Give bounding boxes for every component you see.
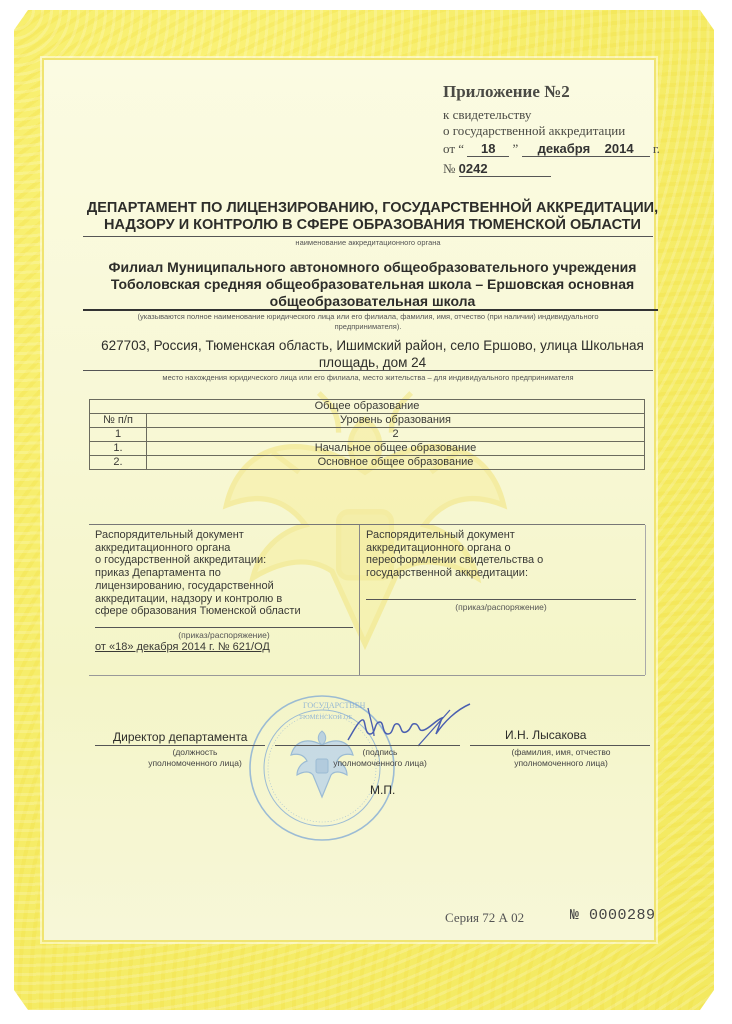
appendix-title: Приложение №2 <box>443 82 570 102</box>
signatory-position: Директор департамента <box>113 730 247 744</box>
signature-caption: (подпись уполномоченного лица) <box>320 747 440 769</box>
accreditation-order-text: Распорядительный документ аккредитационн… <box>95 529 301 618</box>
table-header-row: № п/п Уровень образования <box>90 414 645 428</box>
table-row: 2. Основное общее образование <box>90 456 645 470</box>
authority-name: ДЕПАРТАМЕНТ ПО ЛИЦЕНЗИРОВАНИЮ, ГОСУДАРСТ… <box>85 200 660 234</box>
signatory-name: И.Н. Лысакова <box>505 728 586 742</box>
col-num-header: № п/п <box>90 414 147 428</box>
handwritten-signature-icon <box>340 700 480 750</box>
section-header: Общее образование <box>90 400 645 414</box>
accreditation-order-caption: (приказ/распоряжение) <box>95 630 353 640</box>
seal-label: М.П. <box>370 783 395 797</box>
appendix-number: № 0242 <box>443 161 551 177</box>
date-prefix: от “ <box>443 141 464 156</box>
reissue-order-box: Распорядительный документ аккредитационн… <box>360 525 646 675</box>
table-row: 1. Начальное общее образование <box>90 442 645 456</box>
address-rule <box>83 370 653 371</box>
education-levels-table: Общее образование № п/п Уровень образова… <box>89 399 645 470</box>
authority-caption: наименование аккредитационного органа <box>83 238 653 247</box>
accreditation-order-date-number: от «18» декабря 2014 г. № 621/ОД <box>95 641 270 654</box>
organization-caption: (указываются полное наименование юридиче… <box>83 312 653 332</box>
accreditation-order-box: Распорядительный документ аккредитационн… <box>89 525 360 675</box>
position-caption: (должность уполномоченного лица) <box>135 747 255 769</box>
address-caption: место нахождения юридического лица или е… <box>83 373 653 382</box>
reissue-order-caption: (приказ/распоряжение) <box>366 602 636 612</box>
date-month-year: декабря 2014 <box>522 141 650 157</box>
appendix-subtitle-2: о государственной аккредитации <box>443 123 625 139</box>
table-index-row: 1 2 <box>90 428 645 442</box>
table-section-header-row: Общее образование <box>90 400 645 414</box>
certificate-series: Серия 72 А 02 <box>445 910 524 926</box>
date-suffix: г. <box>653 141 660 156</box>
certificate-number: № 0000289 <box>570 907 656 924</box>
authority-rule <box>83 236 653 237</box>
organization-rule <box>83 309 658 311</box>
col-level-header: Уровень образования <box>147 414 645 428</box>
reissue-order-text: Распорядительный документ аккредитационн… <box>366 529 543 580</box>
date-separator: ” <box>513 141 519 156</box>
appendix-subtitle-1: к свидетельству <box>443 107 531 123</box>
address: 627703, Россия, Тюменская область, Ишимс… <box>85 337 660 371</box>
organization-name: Филиал Муниципального автономного общеоб… <box>85 259 660 310</box>
date-day: 18 <box>467 141 509 157</box>
order-documents: Распорядительный документ аккредитационн… <box>89 524 645 676</box>
number-value: 0242 <box>459 161 551 177</box>
name-caption: (фамилия, имя, отчество уполномоченного … <box>496 747 626 769</box>
number-label: № <box>443 161 455 176</box>
appendix-date: от “ 18 ” декабря 2014 г. <box>443 141 660 157</box>
